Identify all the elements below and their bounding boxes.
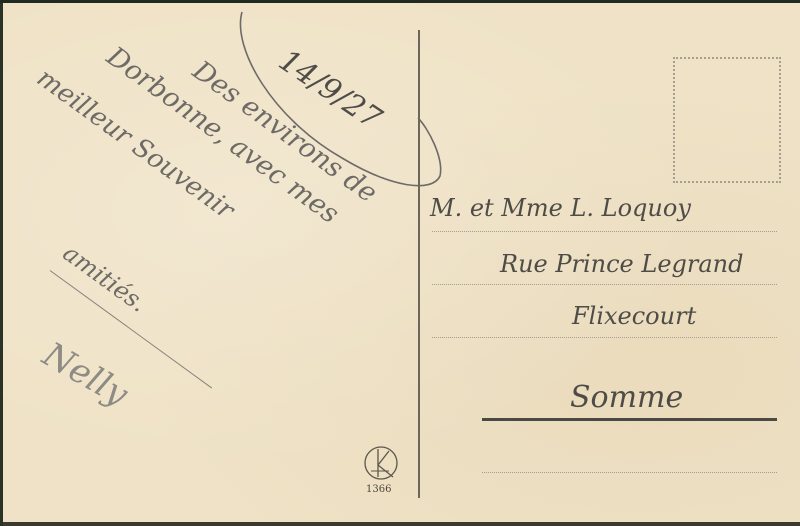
address-rule-3 <box>432 337 777 338</box>
stamp-box <box>673 57 781 183</box>
center-divider <box>418 30 420 498</box>
address-name: M. et Mme L. Loquoy <box>430 194 691 222</box>
postcard-back: 14/9/27 Des environs de Dorbonne, avec m… <box>0 0 800 526</box>
signature: Nelly <box>36 335 135 415</box>
address-rule-2 <box>432 284 777 285</box>
address-rule-4 <box>482 418 777 421</box>
address-department: Somme <box>570 380 683 415</box>
address-rule-1 <box>432 231 777 232</box>
address-street: Rue Prince Legrand <box>500 250 744 278</box>
address-rule-5 <box>482 472 777 473</box>
publisher-logo-icon <box>363 445 399 481</box>
message-line-4: amitiés. <box>58 239 152 318</box>
address-city: Flixecourt <box>572 302 696 330</box>
publisher-serial: 1366 <box>366 484 391 495</box>
